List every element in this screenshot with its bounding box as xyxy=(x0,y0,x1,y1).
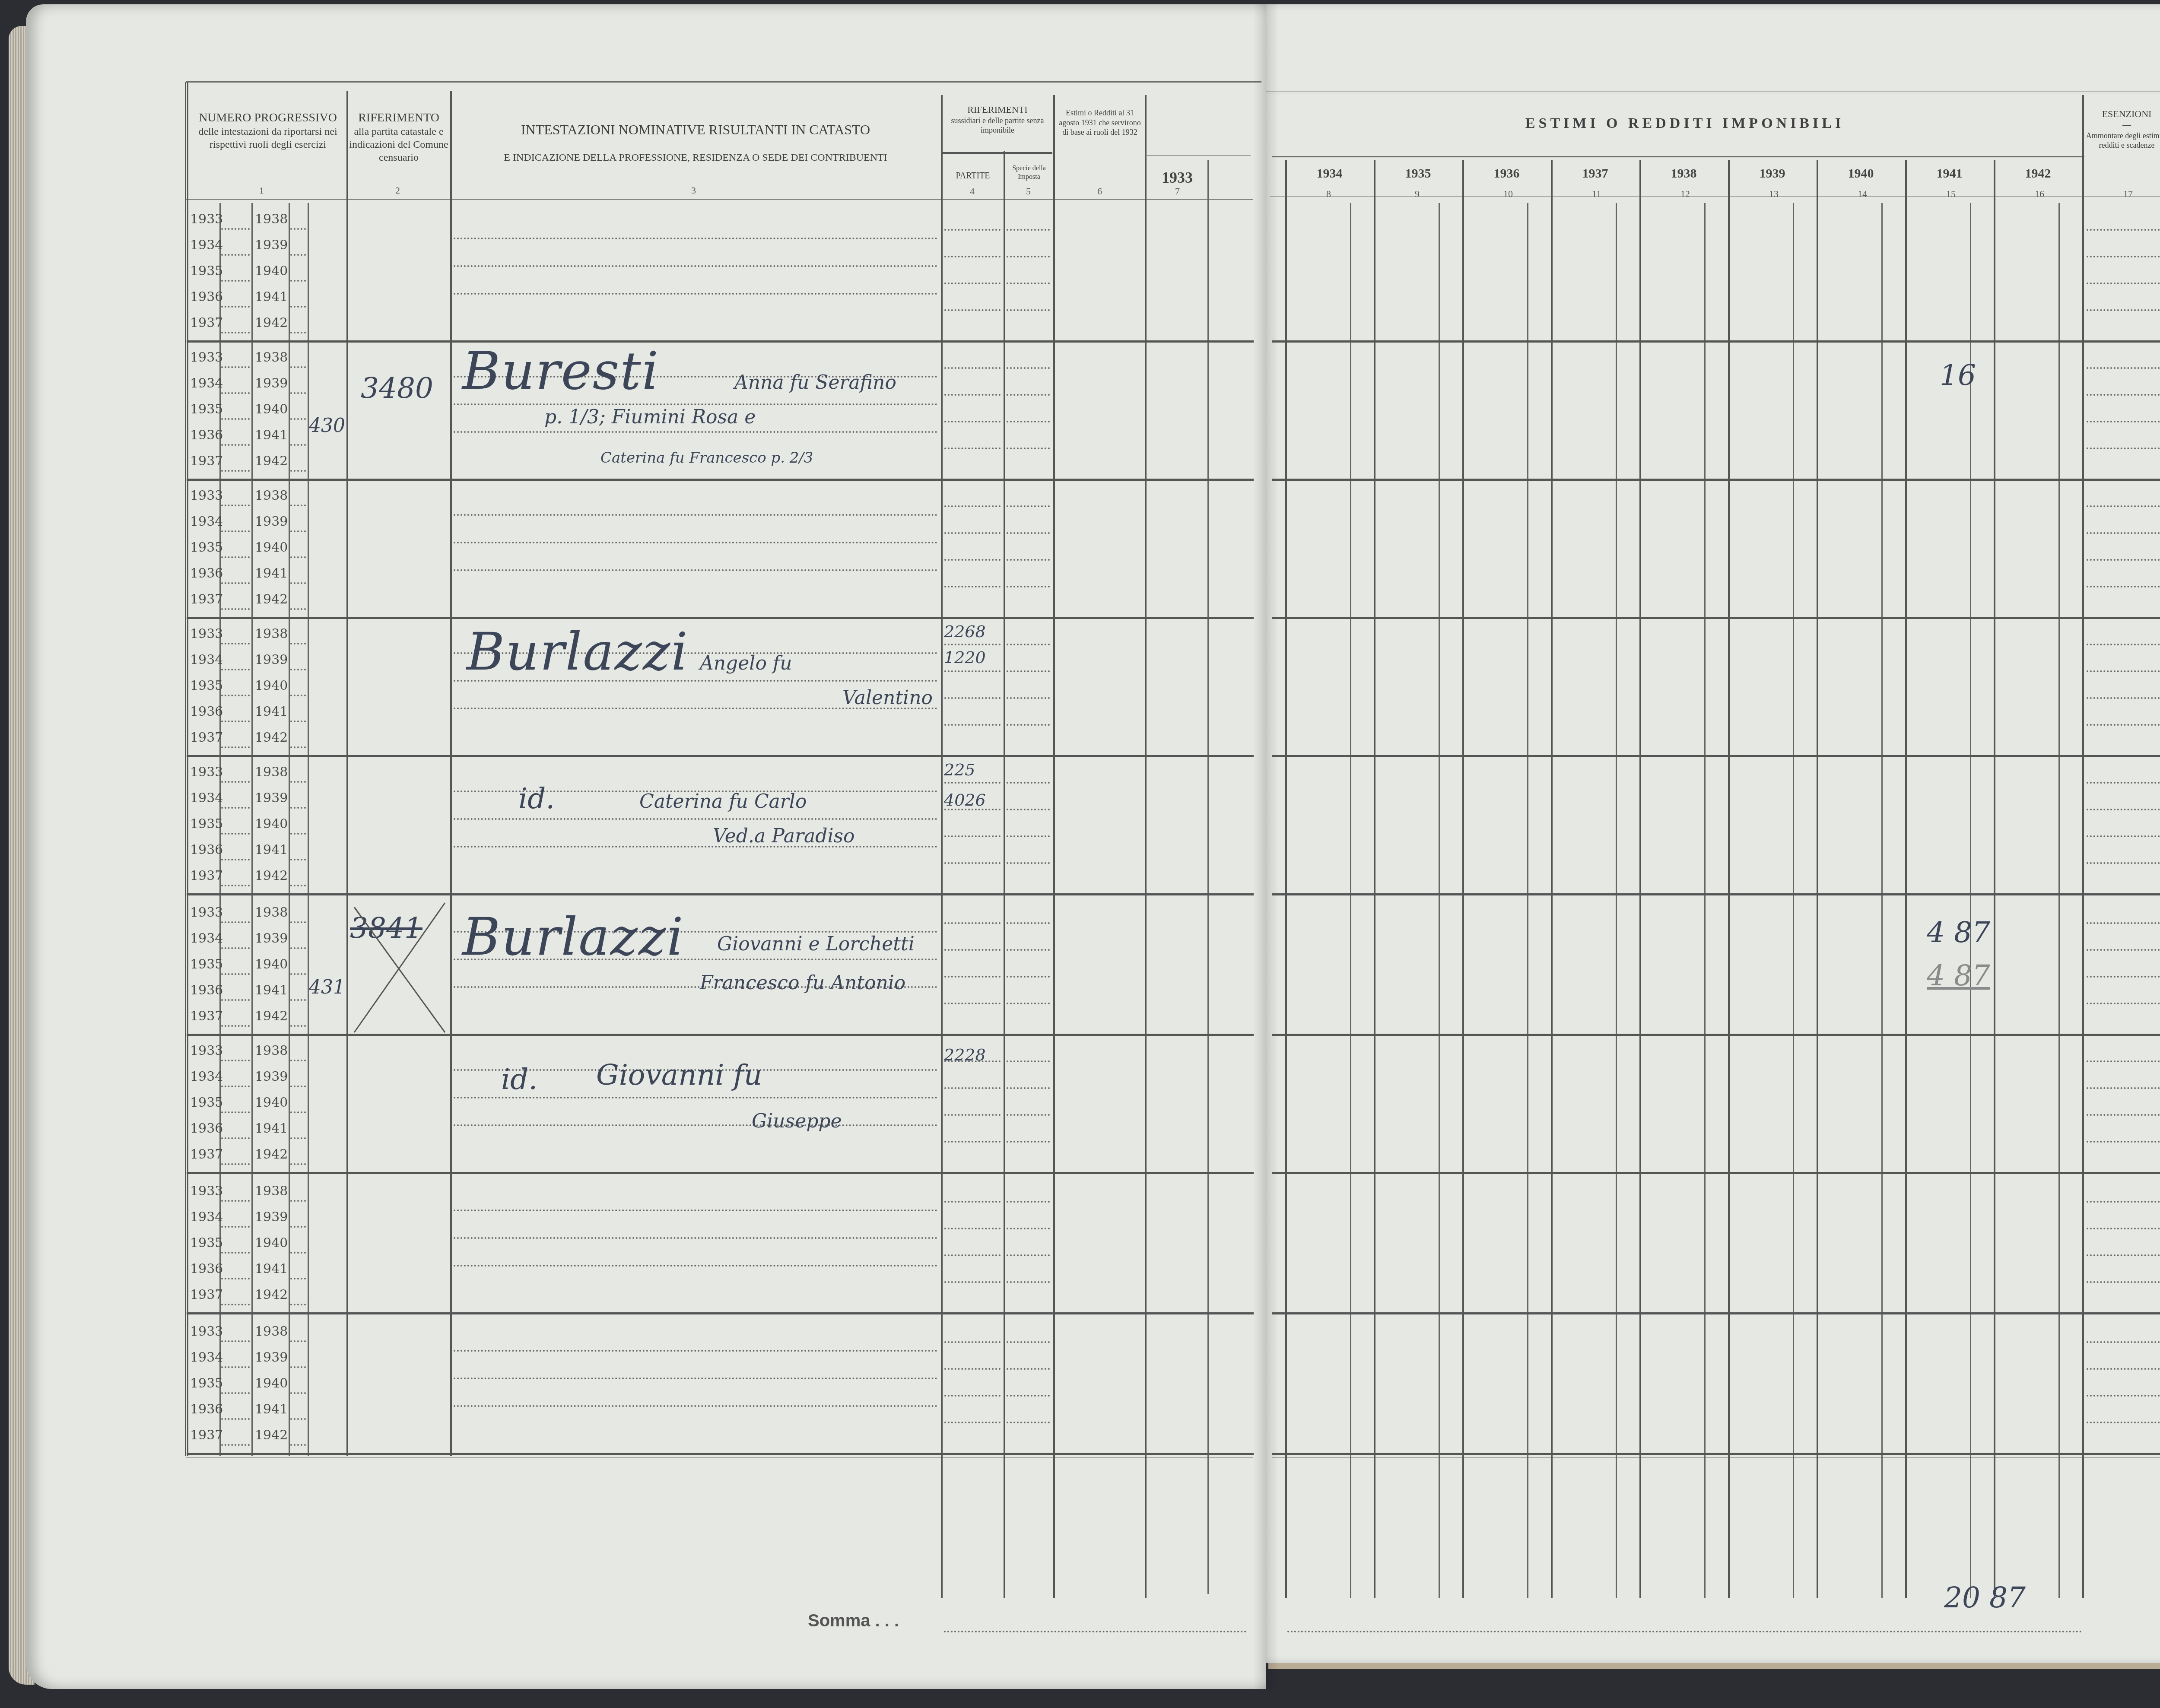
year-label: 1935 xyxy=(190,1235,223,1251)
year-label: 1938 xyxy=(255,212,288,227)
year-label: 1934 xyxy=(190,514,223,529)
col-number-7: 7 xyxy=(1175,186,1180,197)
year-label: 1940 xyxy=(255,957,288,972)
year-label: 1941 xyxy=(255,1121,288,1136)
year-label: 1933 xyxy=(190,350,223,365)
year-label: 1940 xyxy=(255,1235,288,1251)
year-label: 1941 xyxy=(255,428,288,443)
surname: Burlazzi xyxy=(467,622,689,682)
year-label: 1938 xyxy=(255,350,288,365)
year-label: 1942 xyxy=(255,1009,288,1024)
year-column-header: 1938 xyxy=(1644,166,1724,181)
header-riferimenti-title: RIFERIMENTI xyxy=(943,104,1052,116)
year-label: 1939 xyxy=(255,652,288,667)
year-label: 1935 xyxy=(190,1095,223,1110)
year-label: 1940 xyxy=(255,540,288,555)
year-column-header: 1937 xyxy=(1555,166,1635,181)
col-number: 13 xyxy=(1769,188,1779,200)
year-label: 1941 xyxy=(255,842,288,857)
header-numero-progressivo: NUMERO PROGRESSIVO delle intestazioni da… xyxy=(190,110,346,151)
col-number: 8 xyxy=(1326,188,1331,200)
header-estimi-1931: Estimi o Redditi al 31 agosto 1931 che s… xyxy=(1056,108,1144,137)
col-number: 10 xyxy=(1503,188,1513,200)
year-column-header: 1934 xyxy=(1290,166,1369,181)
esenzioni-sub: Ammontare degli estimi o redditi e scade… xyxy=(2084,131,2160,150)
year-label: 1937 xyxy=(190,730,223,745)
name-line: Anna fu Serafino xyxy=(734,371,896,394)
year-label: 1935 xyxy=(190,678,223,693)
header-riferimento-sub: alla partita catastale e indicazioni del… xyxy=(349,125,448,164)
year-label: 1934 xyxy=(190,1350,223,1365)
year-label: 1934 xyxy=(190,238,223,253)
year-label: 1936 xyxy=(190,428,223,443)
progressivo-note: 431 xyxy=(309,976,345,998)
partite-value: 225 xyxy=(944,760,975,779)
year-label: 1933 xyxy=(190,1324,223,1339)
year-label: 1936 xyxy=(190,1261,223,1276)
header-riferimento-title: RIFERIMENTO xyxy=(349,110,448,125)
name-line: Ved.a Paradiso xyxy=(713,825,855,847)
year-label: 1936 xyxy=(190,842,223,857)
header-intestazioni-title: INTESTAZIONI NOMINATIVE RISULTANTI IN CA… xyxy=(454,121,937,138)
col-number-3: 3 xyxy=(691,185,696,196)
year-column-header: 1941 xyxy=(1909,166,1989,181)
col-number-17: 17 xyxy=(2123,188,2133,200)
year-label: 1938 xyxy=(255,905,288,920)
surname: id. xyxy=(518,782,555,815)
year-label: 1938 xyxy=(255,1324,288,1339)
book-gutter xyxy=(1253,4,1279,1689)
year-label: 1934 xyxy=(190,931,223,946)
year-label: 1935 xyxy=(190,540,223,555)
col-number: 12 xyxy=(1680,188,1690,200)
year-label: 1939 xyxy=(255,1069,288,1084)
year-label: 1940 xyxy=(255,402,288,417)
header-esenzioni: ESENZIONI — Ammontare degli estimi o red… xyxy=(2084,108,2160,150)
year-label: 1934 xyxy=(190,652,223,667)
header-partite: PARTITE xyxy=(943,171,1002,181)
strike-x-icon xyxy=(346,898,449,1037)
header-year-1933: 1933 xyxy=(1147,168,1207,187)
year-label: 1939 xyxy=(255,1350,288,1365)
col-number: 15 xyxy=(1946,188,1956,200)
year-label: 1937 xyxy=(190,1428,223,1443)
name-line: Giuseppe xyxy=(752,1110,842,1132)
year-label: 1940 xyxy=(255,264,288,279)
surname: Burlazzi xyxy=(462,907,684,967)
year-label: 1936 xyxy=(190,1402,223,1417)
year-label: 1939 xyxy=(255,238,288,253)
year-label: 1936 xyxy=(190,983,223,998)
header-intestazioni-sub: E INDICAZIONE DELLA PROFESSIONE, RESIDEN… xyxy=(454,151,937,164)
col-number-1: 1 xyxy=(259,185,264,196)
name-line: p. 1/3; Fiumini Rosa e xyxy=(544,406,756,428)
year-label: 1939 xyxy=(255,1210,288,1225)
name-line: Valentino xyxy=(842,687,933,709)
header-numero-progressivo-title: NUMERO PROGRESSIVO xyxy=(190,110,346,125)
col-number: 9 xyxy=(1415,188,1420,200)
year-label: 1940 xyxy=(255,1095,288,1110)
year-column-header: 1935 xyxy=(1378,166,1458,181)
year-label: 1935 xyxy=(190,1376,223,1391)
year-label: 1934 xyxy=(190,791,223,806)
year-label: 1934 xyxy=(190,1069,223,1084)
name-line: Caterina fu Carlo xyxy=(639,791,807,813)
col-number-5: 5 xyxy=(1026,186,1031,197)
year-label: 1942 xyxy=(255,592,288,607)
year-label: 1939 xyxy=(255,791,288,806)
value-1941-buresti: 16 xyxy=(1940,359,1976,392)
esenzioni-title: ESENZIONI xyxy=(2084,108,2160,120)
year-label: 1935 xyxy=(190,264,223,279)
form-model-label: Mod. 111 - Imposte Dirette (Intercalare)… xyxy=(2138,60,2160,71)
header-numero-progressivo-sub: delle intestazioni da riportarsi nei ris… xyxy=(190,125,346,151)
year-label: 1941 xyxy=(255,566,288,581)
year-label: 1934 xyxy=(190,1210,223,1225)
year-label: 1933 xyxy=(190,212,223,227)
somma-label: Somma . . . xyxy=(808,1611,899,1631)
col-number: 16 xyxy=(2035,188,2044,200)
year-label: 1940 xyxy=(255,1376,288,1391)
right-page xyxy=(1266,4,2160,1663)
year-label: 1942 xyxy=(255,868,288,883)
year-label: 1942 xyxy=(255,1287,288,1302)
year-label: 1935 xyxy=(190,957,223,972)
year-label: 1941 xyxy=(255,289,288,305)
name-line: Caterina fu Francesco p. 2/3 xyxy=(600,449,813,467)
year-label: 1933 xyxy=(190,1184,223,1199)
col-number-4: 4 xyxy=(970,186,975,197)
year-label: 1939 xyxy=(255,376,288,391)
partite-value: 2228 xyxy=(944,1045,986,1064)
year-label: 1933 xyxy=(190,488,223,503)
year-label: 1937 xyxy=(190,1287,223,1302)
year-label: 1938 xyxy=(255,765,288,780)
year-label: 1939 xyxy=(255,514,288,529)
year-label: 1933 xyxy=(190,905,223,920)
year-label: 1936 xyxy=(190,704,223,719)
year-label: 1936 xyxy=(190,566,223,581)
year-column-header: 1939 xyxy=(1732,166,1812,181)
year-label: 1935 xyxy=(190,816,223,832)
header-riferimento: RIFERIMENTO alla partita catastale e ind… xyxy=(349,110,448,164)
year-label: 1942 xyxy=(255,1147,288,1162)
year-label: 1937 xyxy=(190,454,223,469)
value-1941-burlazzi: 4 87 xyxy=(1927,916,1990,949)
progressivo-note: 430 xyxy=(309,415,345,437)
year-label: 1938 xyxy=(255,1184,288,1199)
name-line: Francesco fu Antonio xyxy=(700,972,905,994)
year-label: 1942 xyxy=(255,315,288,330)
year-label: 1941 xyxy=(255,1402,288,1417)
year-label: 1941 xyxy=(255,983,288,998)
year-label: 1938 xyxy=(255,1043,288,1058)
year-label: 1937 xyxy=(190,315,223,330)
year-label: 1935 xyxy=(190,402,223,417)
col-number: 11 xyxy=(1592,188,1601,200)
year-column-header: 1940 xyxy=(1821,166,1901,181)
year-label: 1937 xyxy=(190,1009,223,1024)
year-label: 1938 xyxy=(255,626,288,641)
section-title-estimi: ESTIMI O REDDITI IMPONIBILI xyxy=(1296,114,2074,133)
year-label: 1939 xyxy=(255,931,288,946)
col-number: 14 xyxy=(1858,188,1867,200)
partite-value: 1220 xyxy=(944,648,986,667)
year-label: 1940 xyxy=(255,816,288,832)
year-label: 1942 xyxy=(255,1428,288,1443)
somma-1941-value: 20 87 xyxy=(1944,1581,2026,1614)
riferimento-value: 3480 xyxy=(361,371,433,405)
year-label: 1937 xyxy=(190,592,223,607)
year-label: 1933 xyxy=(190,765,223,780)
year-label: 1942 xyxy=(255,730,288,745)
year-label: 1941 xyxy=(255,704,288,719)
year-label: 1940 xyxy=(255,678,288,693)
name-line: Giovanni e Lorchetti xyxy=(717,933,915,955)
year-label: 1937 xyxy=(190,868,223,883)
name-line: Giovanni fu xyxy=(596,1058,762,1092)
year-label: 1936 xyxy=(190,289,223,305)
surname: id. xyxy=(501,1063,537,1096)
year-label: 1933 xyxy=(190,1043,223,1058)
header-riferimenti-sub: sussidiari e delle partite senza imponib… xyxy=(943,116,1052,135)
header-intestazioni: INTESTAZIONI NOMINATIVE RISULTANTI IN CA… xyxy=(454,121,937,164)
year-label: 1938 xyxy=(255,488,288,503)
year-column-header: 1936 xyxy=(1467,166,1547,181)
header-specie-imposta: Specie della Imposta xyxy=(1006,164,1052,181)
col-number-6: 6 xyxy=(1097,186,1102,197)
year-label: 1933 xyxy=(190,626,223,641)
partite-value: 4026 xyxy=(944,791,986,810)
col-number-2: 2 xyxy=(395,185,400,196)
value-1941-burlazzi-repeat: 4 87 xyxy=(1927,959,1990,992)
year-label: 1937 xyxy=(190,1147,223,1162)
header-riferimenti: RIFERIMENTI sussidiari e delle partite s… xyxy=(943,104,1052,135)
partite-value: 2268 xyxy=(944,622,986,641)
year-label: 1941 xyxy=(255,1261,288,1276)
year-label: 1942 xyxy=(255,454,288,469)
year-label: 1934 xyxy=(190,376,223,391)
name-line: Angelo fu xyxy=(700,652,792,674)
surname: Buresti xyxy=(462,341,659,401)
year-label: 1936 xyxy=(190,1121,223,1136)
year-column-header: 1942 xyxy=(1998,166,2078,181)
